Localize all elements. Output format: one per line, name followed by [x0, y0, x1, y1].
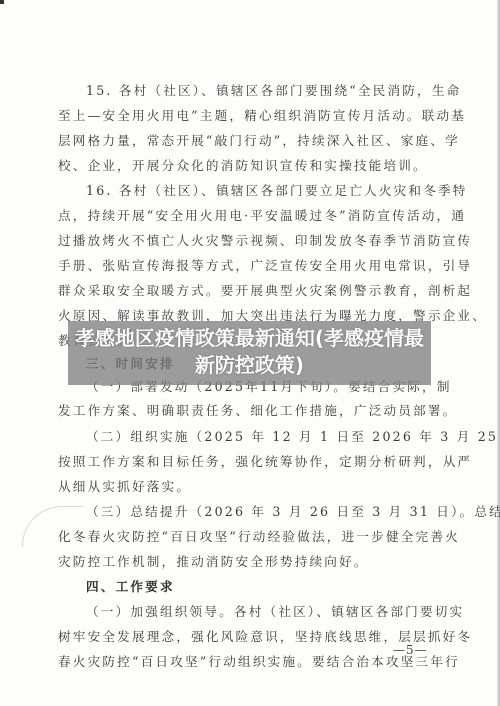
paragraph-15-line-2: 至上—安全用火用电”主题，精心组织消防宣传月活动。联动基 — [58, 103, 466, 128]
paragraph-16-line-1: 16. 各村（社区）、镇辖区各部门要立足亡人火灾和冬季特 — [86, 178, 468, 203]
paragraph-16-line-2: 点，持续开展“安全用火用电·平安温暖过冬”消防宣传活动，通 — [58, 203, 466, 228]
scan-corner-mark — [0, 0, 4, 4]
schedule-item-2-line-2: 按照工作方案和目标任务，强化统筹协作，定期分析研判，从严 — [58, 449, 472, 474]
schedule-item-3-line-2: 化冬春火灾防控“百日攻坚”行动经验做法，进一步健全完善火 — [58, 524, 460, 549]
schedule-item-1-line-2: 发工作方案、明确职责任务、细化工作措施，广泛动员部署。 — [58, 398, 457, 423]
paragraph-15-line-4: 校、企业，开展分众化的消防知识宣传和实操技能培训。 — [58, 153, 428, 178]
requirement-1-line-1: （一）加强组织领导。各村（社区）、镇辖区各部门要切实 — [86, 599, 464, 624]
schedule-item-2-line-3: 从细从实抓好落实。 — [58, 474, 191, 499]
paragraph-15-line-1: 15. 各村（社区）、镇辖区各部门要围绕“全民消防，生命 — [86, 78, 461, 103]
paragraph-15-line-3: 层网格力量，常态开展“敲门行动”，持续深入社区、家庭、学 — [58, 128, 460, 153]
section-heading-requirements: 四、工作要求 — [86, 574, 175, 599]
schedule-item-2-line-1: （二）组织实施（2025 年 12 月 1 日至 2026 年 3 月 25 日… — [86, 424, 500, 449]
schedule-item-3-line-1: （三）总结提升（2026 年 3 月 26 日至 3 月 31 日）。总结固 — [86, 499, 500, 524]
overlay-title: 孝感地区疫情政策最新通知(孝感疫情最新防控政策) — [68, 321, 431, 379]
paragraph-16-line-5: 群众采取安全取暖方式。要开展典型火灾案例警示教育，剖析起 — [58, 278, 472, 303]
schedule-item-3-line-3: 灾防控工作机制，推动消防安全形势持续向好。 — [58, 549, 369, 574]
paragraph-16-line-4: 手册、张贴宣传海报等方式，广泛宣传安全用火用电常识，引导 — [58, 253, 472, 278]
document-page: 15. 各村（社区）、镇辖区各部门要围绕“全民消防，生命 至上—安全用火用电”主… — [0, 0, 500, 706]
page-number: —5— — [393, 643, 428, 657]
paragraph-16-line-3: 过播放烤火不慎亡人火灾警示视频、印制发放冬春季节消防宣传 — [58, 228, 472, 253]
